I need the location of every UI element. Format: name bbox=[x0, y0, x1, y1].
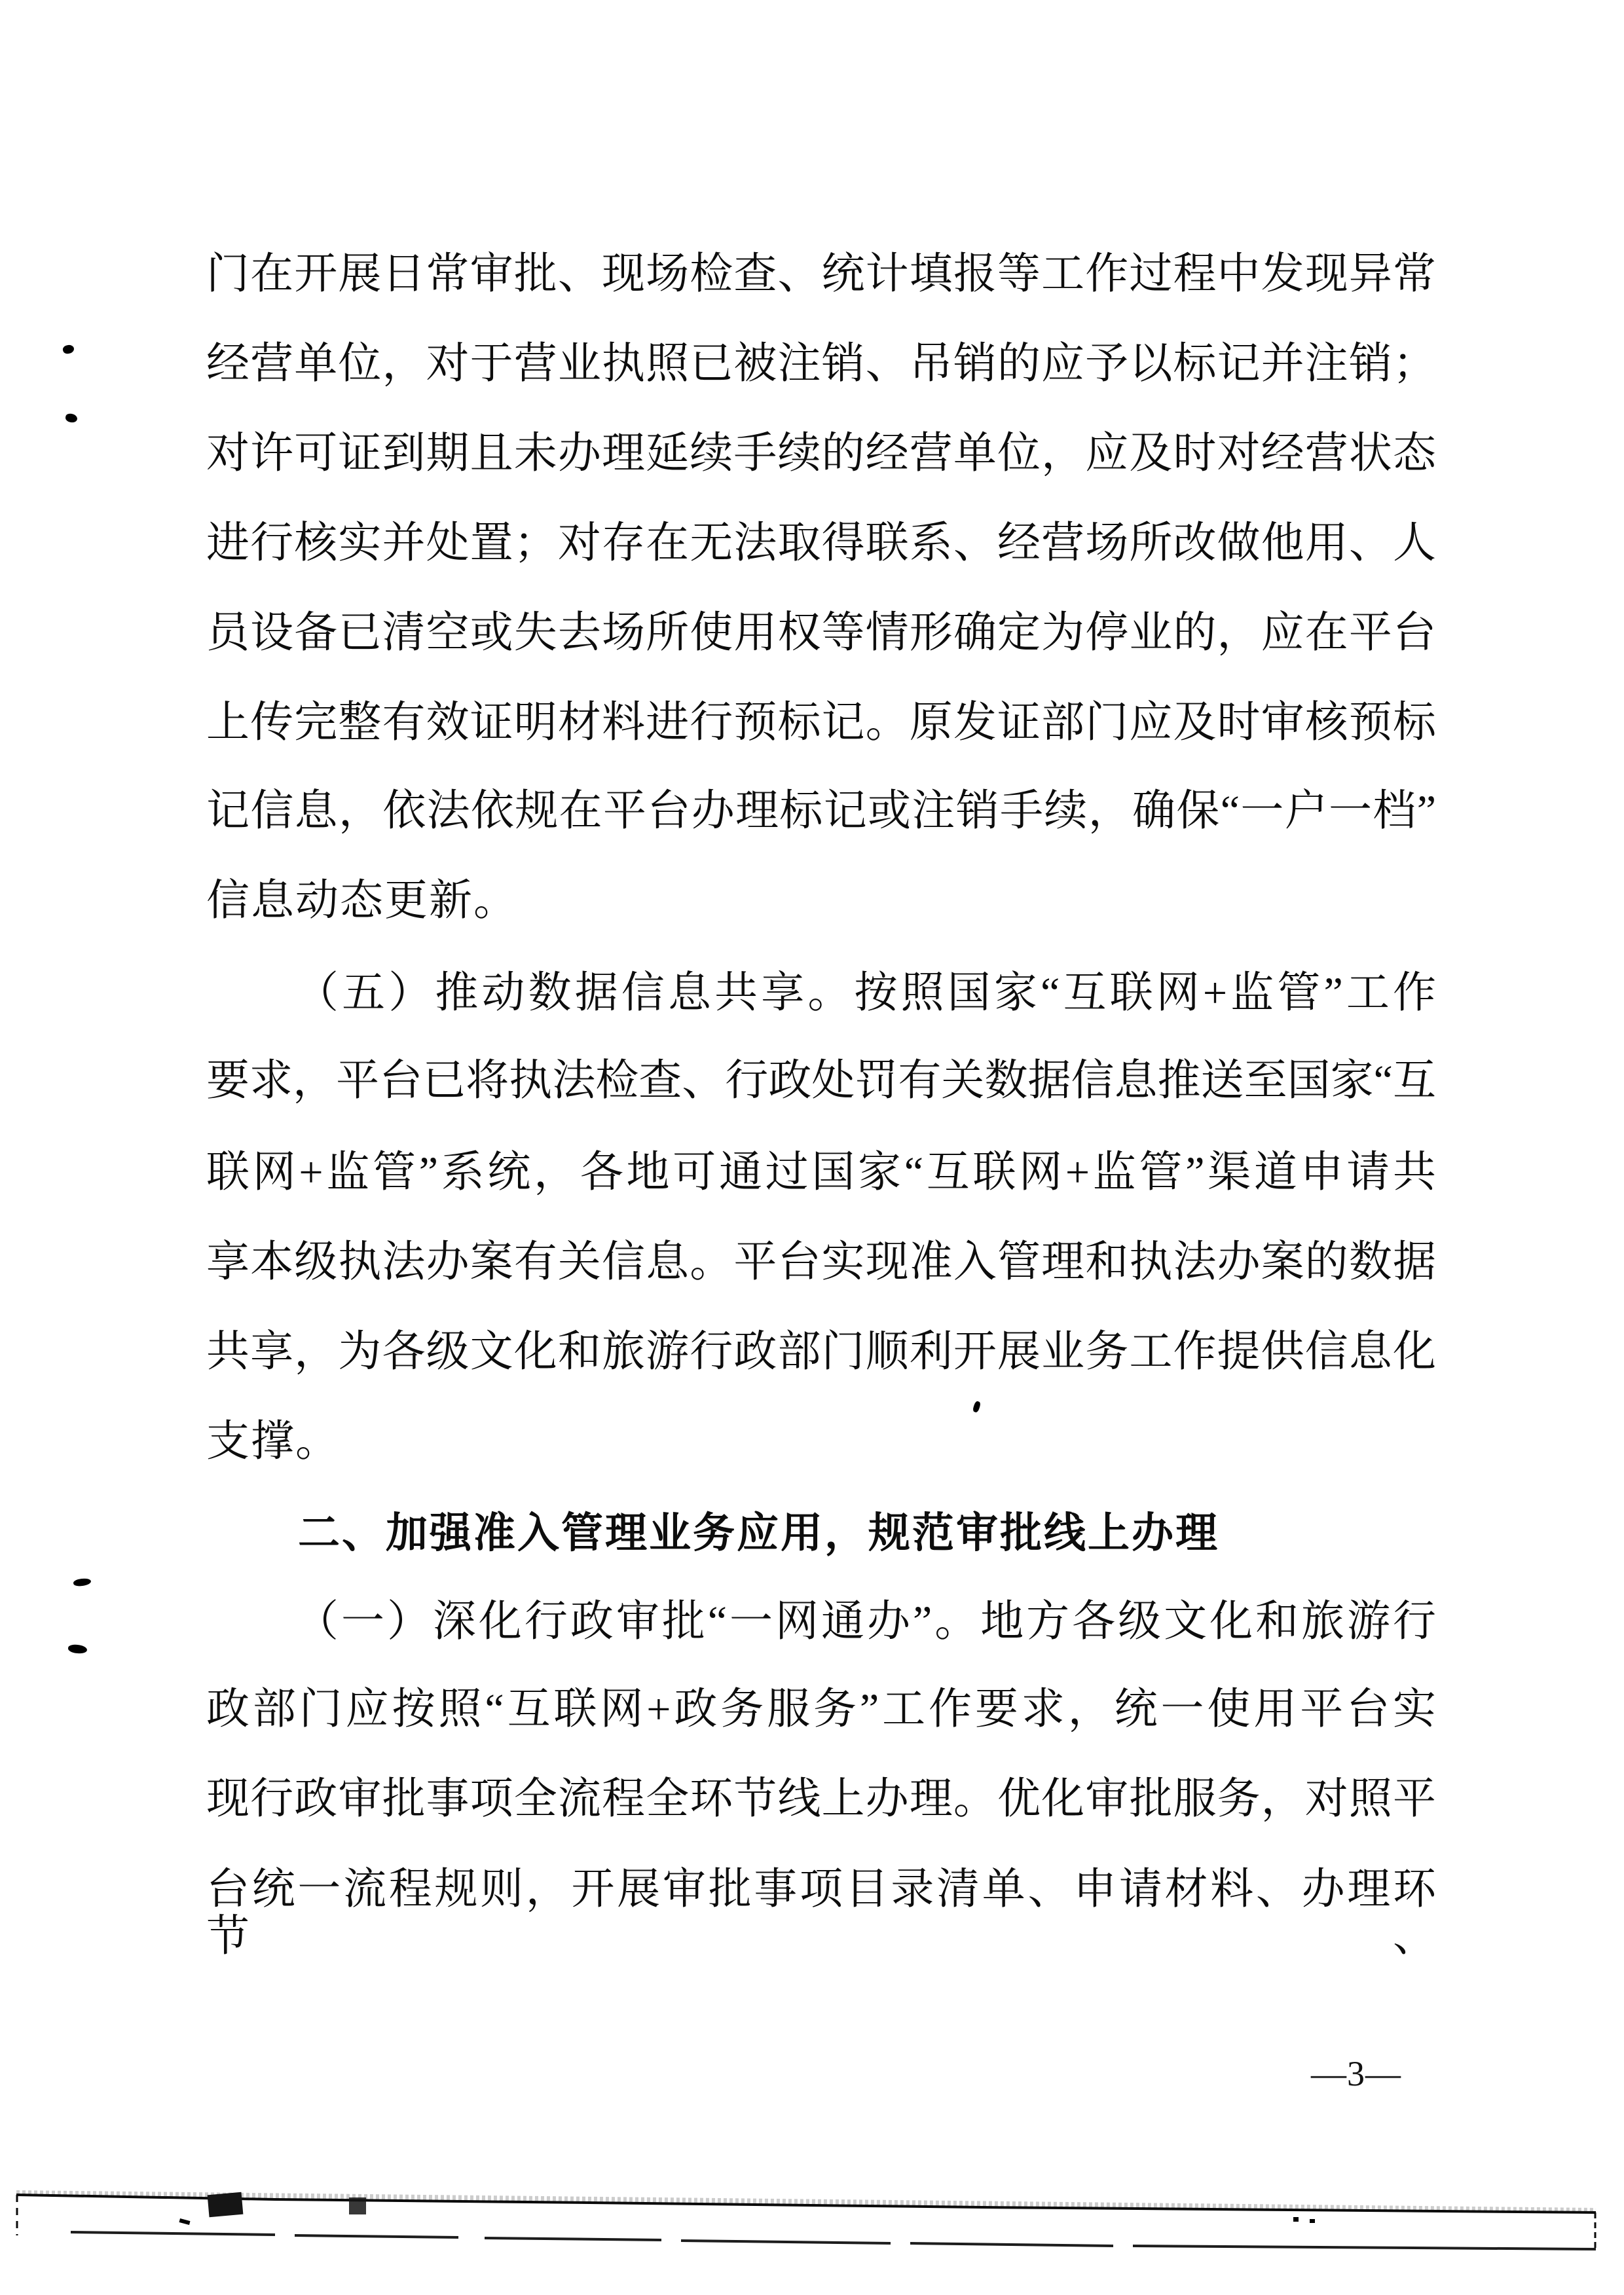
body-line: 台统一流程规则，开展审批事项目录清单、申请材料、办理环节、 bbox=[206, 1866, 1436, 1915]
body-line: 进行核实并处置；对存在无法取得联系、经营场所改做他用、人 bbox=[206, 520, 1436, 568]
ink-speck bbox=[73, 1577, 91, 1587]
ink-speck bbox=[972, 1401, 982, 1413]
body-line: 支撑。 bbox=[206, 1418, 1436, 1467]
body-line: 联网+监管”系统，各地可通过国家“互联网+监管”渠道申请共 bbox=[206, 1149, 1436, 1198]
body-line: 享本级执法办案有关信息。平台实现准入管理和执法办案的数据 bbox=[206, 1239, 1436, 1287]
body-line: 对许可证到期且未办理延续手续的经营单位，应及时对经营状态 bbox=[206, 430, 1436, 479]
ink-speck bbox=[67, 1644, 87, 1654]
page-number: —3— bbox=[1311, 2053, 1401, 2094]
body-line: 现行政审批事项全流程全环节线上办理。优化审批服务，对照平 bbox=[206, 1776, 1436, 1824]
body-line: 上传完整有效证明材料进行预标记。原发证部门应及时审核预标 bbox=[206, 699, 1436, 748]
ink-speck bbox=[65, 413, 78, 424]
body-line: 门在开展日常审批、现场检查、统计填报等工作过程中发现异常 bbox=[206, 251, 1436, 299]
body-line: （一）深化行政审批“一网通办”。地方各级文化和旅游行 bbox=[206, 1598, 1436, 1647]
body-line: 经营单位，对于营业执照已被注销、吊销的应予以标记并注销； bbox=[206, 340, 1436, 389]
ink-speck bbox=[62, 344, 75, 355]
section-heading: 二、加强准入管理业务应用，规范审批线上办理 bbox=[206, 1509, 1436, 1558]
body-line: 信息动态更新。 bbox=[206, 877, 1436, 926]
scanned-page: 门在开展日常审批、现场检查、统计填报等工作过程中发现异常 经营单位，对于营业执照… bbox=[0, 0, 1624, 2295]
body-line: （五）推动数据信息共享。按照国家“互联网+监管”工作 bbox=[206, 970, 1436, 1018]
body-line: 要求，平台已将执法检查、行政处罚有关数据信息推送至国家“互 bbox=[206, 1057, 1436, 1106]
body-line: 员设备已清空或失去场所使用权等情形确定为停业的，应在平台 bbox=[206, 610, 1436, 658]
scan-edge-artifact bbox=[0, 2186, 1624, 2271]
body-line: 政部门应按照“互联网+政务服务”工作要求，统一使用平台实 bbox=[206, 1686, 1436, 1735]
body-line: 记信息，依法依规在平台办理标记或注销手续，确保“一户一档” bbox=[206, 788, 1436, 836]
body-line: 共享，为各级文化和旅游行政部门顺利开展业务工作提供信息化 bbox=[206, 1329, 1436, 1377]
